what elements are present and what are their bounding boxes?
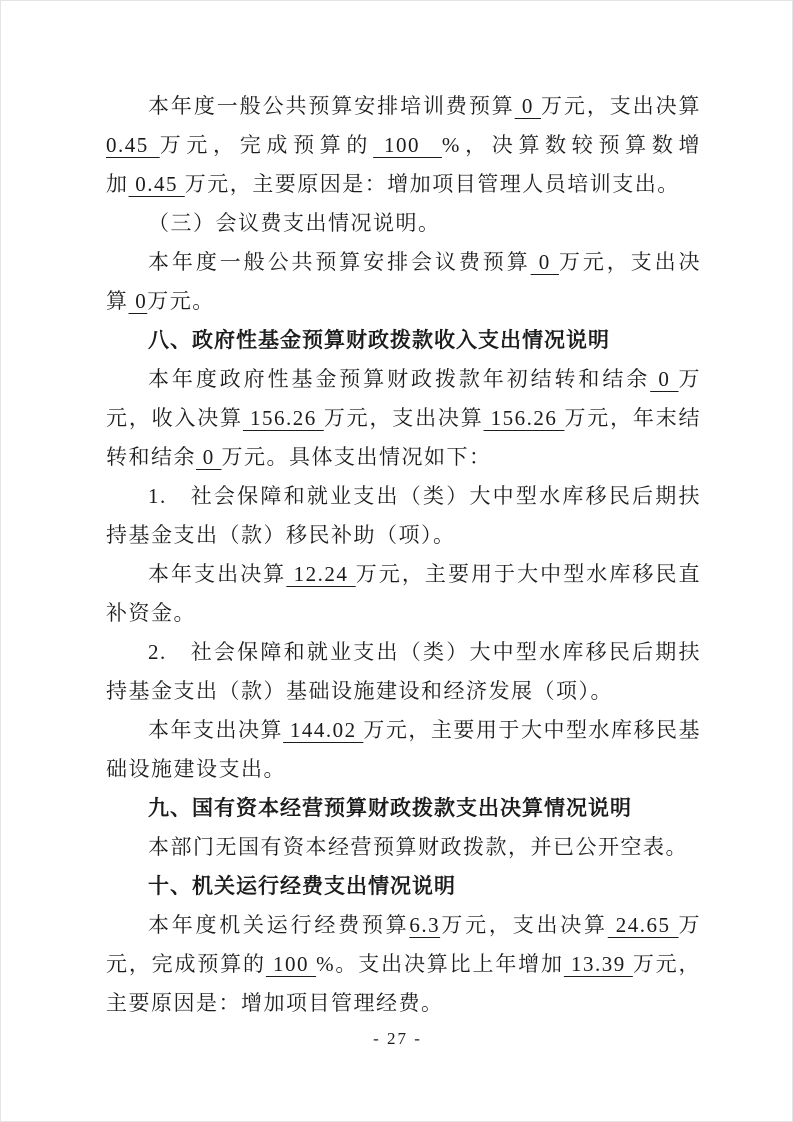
paragraph: 本年度一般公共预算安排会议费预算 0 万元，支出决算 0万元。 [106,243,701,321]
underlined-value: 0.45 [106,133,160,157]
underlined-value: 0 [650,367,678,391]
underlined-value: 156.26 [243,406,324,430]
underlined-value: 100 [266,952,316,976]
text-run: 本年度一般公共预算安排培训费预算 [148,94,515,118]
text-run: 本年度政府性基金预算财政拨款年初结转和结余 [148,367,650,391]
text-run: 万元，完成预算的 [160,133,373,157]
section-heading: 九、国有资本经营预算财政拨款支出决算情况说明 [106,789,701,828]
paragraph: 2. 社会保障和就业支出（类）大中型水库移民后期扶持基金支出（款）基础设施建设和… [106,633,701,711]
section-heading: 十、机关运行经费支出情况说明 [106,867,701,906]
text-run: 万元。具体支出情况如下： [222,445,492,469]
paragraph: 本年度政府性基金预算财政拨款年初结转和结余 0 万元，收入决算 156.26 万… [106,360,701,477]
document-page: 本年度一般公共预算安排培训费预算 0 万元，支出决算0.45 万元，完成预算的 … [1,1,793,1122]
underlined-value: 0 [515,94,541,118]
underlined-value: 0 [531,250,559,274]
section-heading: 八、政府性基金预算财政拨款收入支出情况说明 [106,321,701,360]
underlined-value: 12.24 [286,562,355,586]
underlined-value: 156.26 [484,406,565,430]
text-run: （三）会议费支出情况说明。 [148,211,441,235]
document-body: 本年度一般公共预算安排培训费预算 0 万元，支出决算0.45 万元，完成预算的 … [1,1,793,1023]
text-run: 本年度一般公共预算安排会议费预算 [148,250,531,274]
underlined-value: 6.3 [409,913,440,937]
paragraph: 本年度机关运行经费预算6.3万元，支出决算 24.65 万元，完成预算的 100… [106,906,701,1023]
text-run: 万元，主要原因是：增加项目管理人员培训支出。 [185,172,680,196]
text-run: 2. 社会保障和就业支出（类）大中型水库移民后期扶持基金支出（款）基础设施建设和… [106,640,701,703]
paragraph: （三）会议费支出情况说明。 [106,204,701,243]
underlined-value: 144.02 [283,718,363,742]
text-run: 万元，支出决算 [324,406,484,430]
text-run: 十、机关运行经费支出情况说明 [148,875,456,898]
text-run: 本年度机关运行经费预算 [148,913,409,937]
text-run: 九、国有资本经营预算财政拨款支出决算情况说明 [148,797,632,820]
paragraph: 本年支出决算 12.24 万元，主要用于大中型水库移民直补资金。 [106,555,701,633]
underlined-value: 24.65 [608,913,679,937]
paragraph: 1. 社会保障和就业支出（类）大中型水库移民后期扶持基金支出（款）移民补助（项）… [106,477,701,555]
text-run: 万元，支出决算 [541,94,701,118]
text-run: 八、政府性基金预算财政拨款收入支出情况说明 [148,329,610,352]
underlined-value: 0 [196,445,222,469]
page-number: - 27 - [1,1029,793,1049]
underlined-value: 0.45 [129,172,185,196]
text-run: 本部门无国有资本经营预算财政拨款，并已公开空表。 [148,835,688,859]
underlined-value: 0 [129,289,148,313]
underlined-value: 100 [373,133,442,157]
paragraph: 本年度一般公共预算安排培训费预算 0 万元，支出决算0.45 万元，完成预算的 … [106,87,701,204]
text-run: 万元。 [147,289,215,313]
text-run: 本年支出决算 [148,718,283,742]
text-run: 万元，支出决算 [440,913,608,937]
paragraph: 本部门无国有资本经营预算财政拨款，并已公开空表。 [106,828,701,867]
text-run: 本年支出决算 [148,562,286,586]
underlined-value: 13.39 [564,952,633,976]
text-run: %。支出决算比上年增加 [316,952,564,976]
text-run: 1. 社会保障和就业支出（类）大中型水库移民后期扶持基金支出（款）移民补助（项）… [106,484,701,547]
paragraph: 本年支出决算 144.02 万元，主要用于大中型水库移民基础设施建设支出。 [106,711,701,789]
